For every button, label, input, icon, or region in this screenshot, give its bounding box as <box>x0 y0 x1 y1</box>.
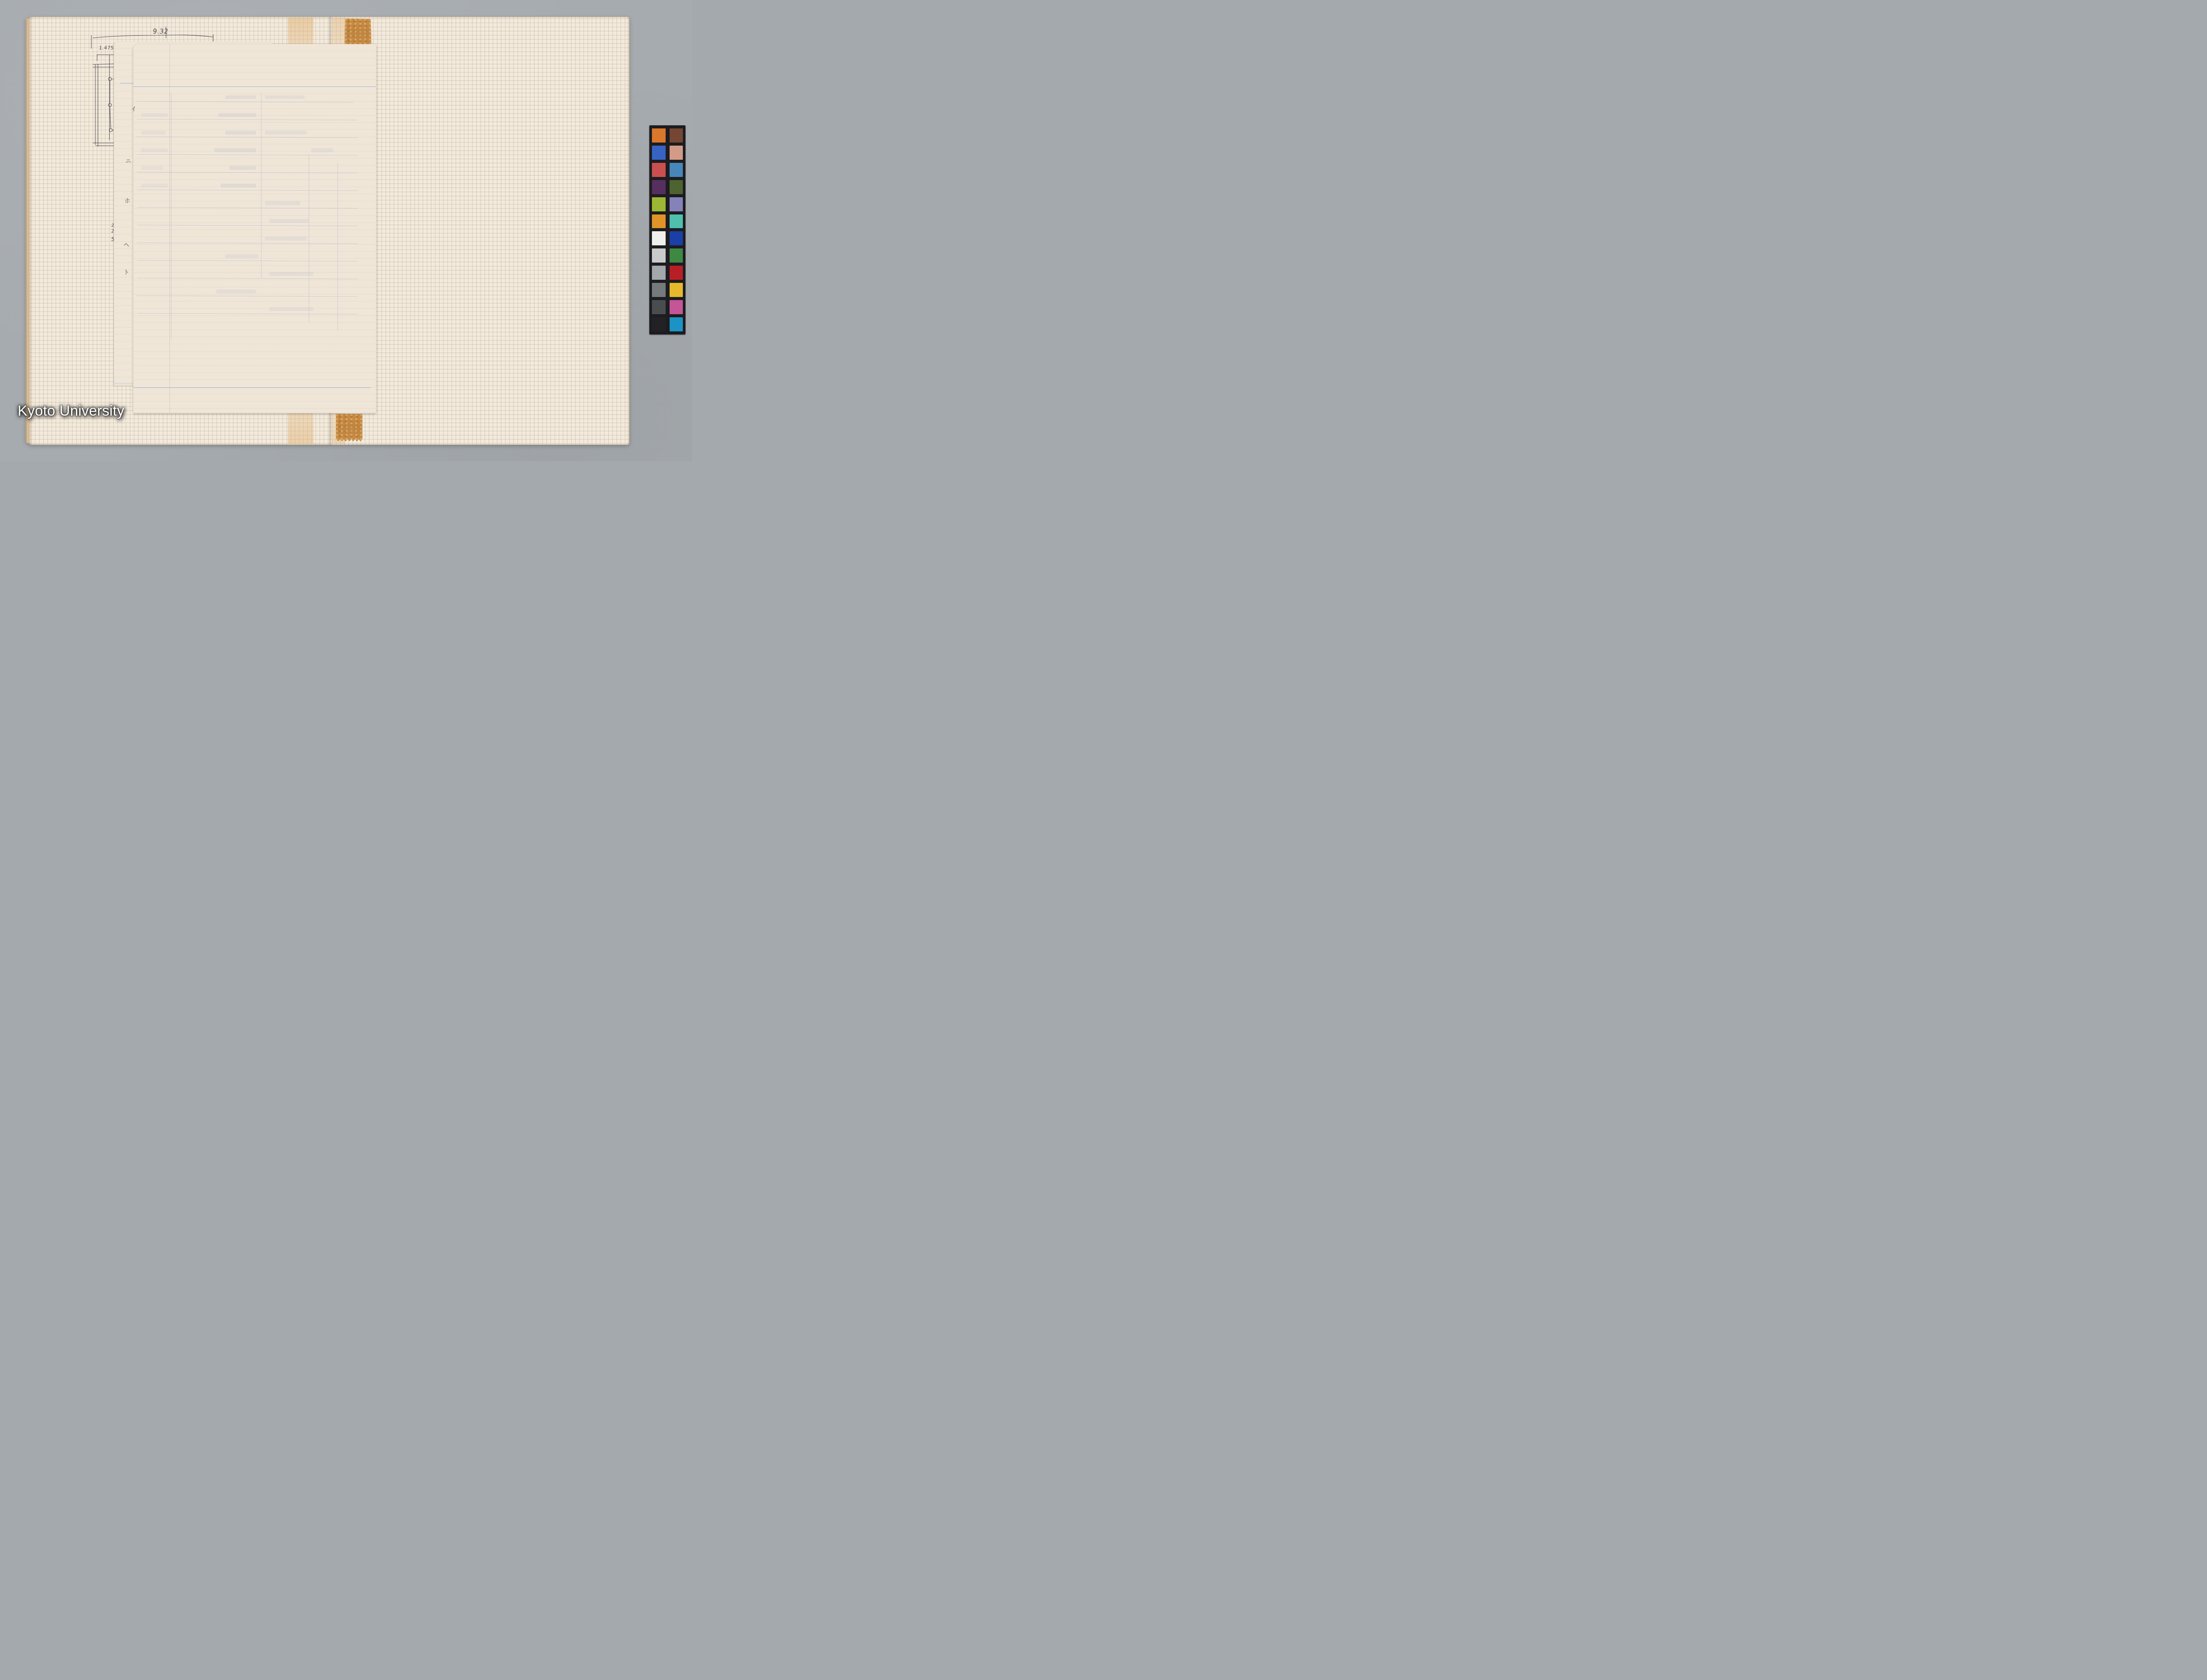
swatch-red-salmon <box>652 163 666 177</box>
swatch-orange-yellow <box>652 214 666 229</box>
dimension-label-small: 1.475 <box>98 45 114 51</box>
dimension-label-top: 9.32 <box>152 27 169 35</box>
swatch-black <box>652 317 666 331</box>
swatch-sky-blue <box>670 163 683 177</box>
swatch-mid-gray <box>652 283 666 297</box>
swatch-orange <box>652 128 666 143</box>
swatch-blue-flower <box>670 197 683 211</box>
color-calibration-chart <box>649 125 685 334</box>
swatch-dark-brown <box>670 128 683 143</box>
tape-strip-top <box>345 19 371 48</box>
blue-rule-line-bottom <box>133 387 371 388</box>
watermark-kyoto-university: Kyoto University <box>18 402 124 419</box>
swatch-magenta <box>670 300 683 314</box>
swatch-cyan <box>670 317 683 331</box>
swatch-light-gray <box>652 248 666 263</box>
margin-marker-i: イ <box>131 104 136 113</box>
swatch-mid-light-gray <box>652 266 666 280</box>
swatch-dark-gray <box>652 300 666 314</box>
swatch-light-skin <box>670 146 683 160</box>
swatch-blue <box>652 146 666 160</box>
bleed-through-table <box>137 93 362 340</box>
tape-strip-bottom <box>336 414 362 441</box>
swatch-green <box>670 248 683 263</box>
swatch-purple <box>652 180 666 194</box>
swatch-deep-blue <box>670 231 683 245</box>
swatch-yellow <box>670 283 683 297</box>
margin-marker-ni: ニ <box>125 156 131 165</box>
swatch-foliage-green <box>670 180 683 194</box>
swatch-red <box>670 266 683 280</box>
swatch-white <box>652 231 666 245</box>
margin-marker-he: ヘ <box>124 240 129 248</box>
margin-marker-ho: ホ <box>124 196 130 204</box>
inserted-sheet-front <box>133 44 376 413</box>
margin-marker-to: ト <box>124 267 129 276</box>
swatch-bluish-green <box>670 214 683 229</box>
swatch-yellow-green <box>652 197 666 211</box>
